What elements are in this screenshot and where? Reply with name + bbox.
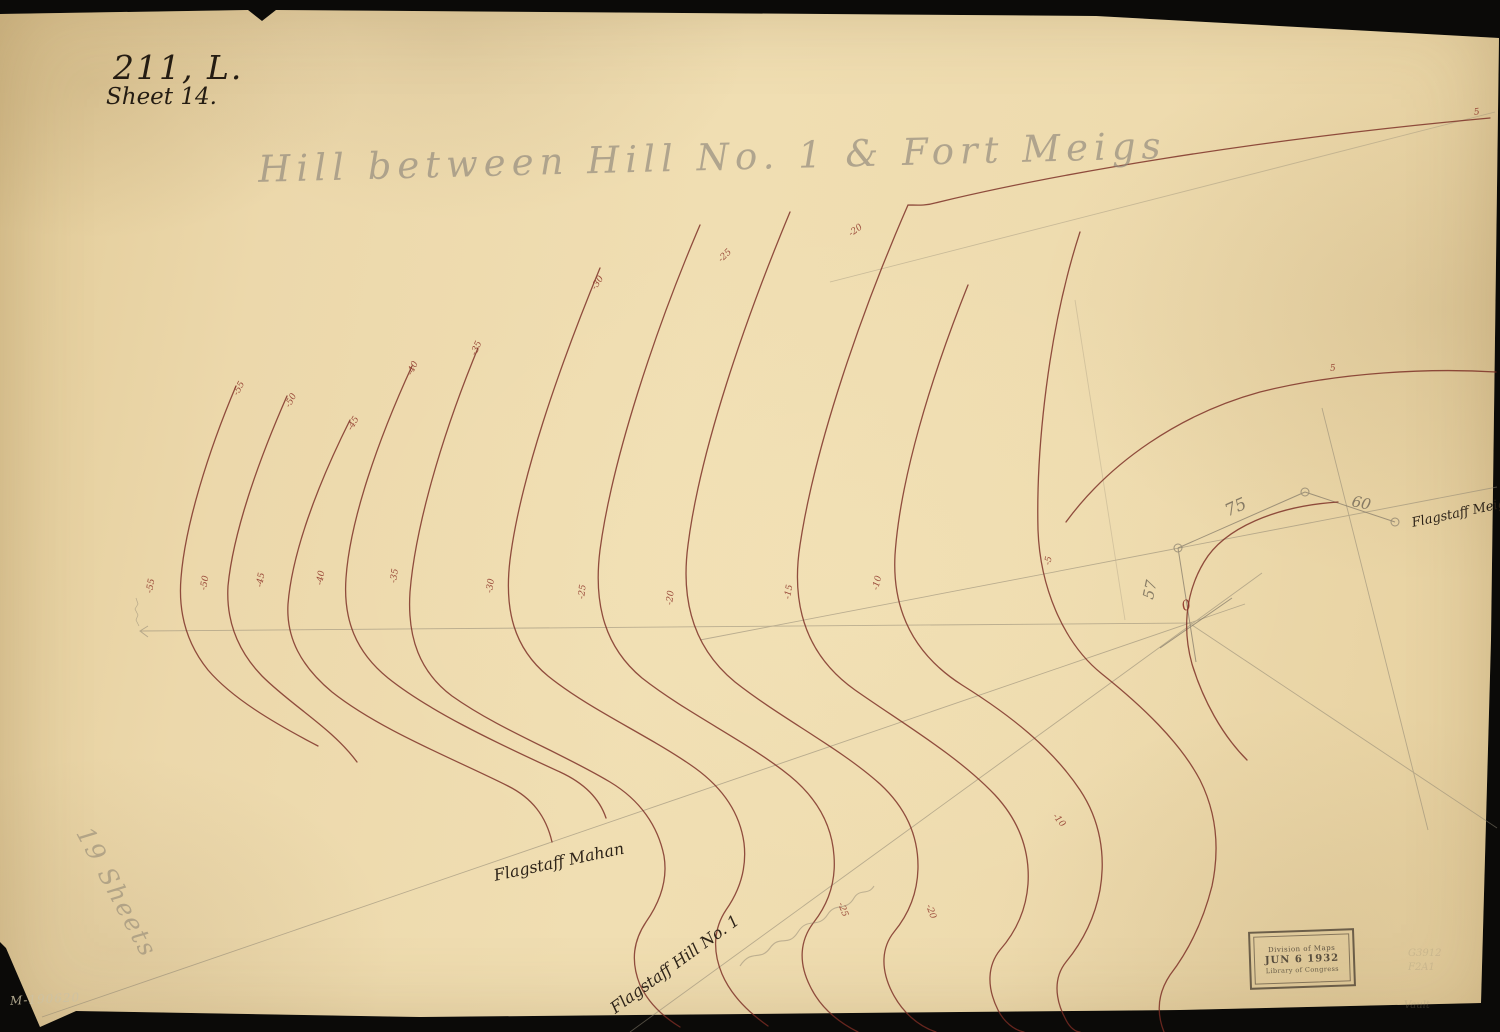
contour-elevation-label: -20: [665, 590, 677, 606]
distance-60-label: 60: [1350, 492, 1372, 514]
datum-line: [140, 623, 1192, 631]
contour-line: [228, 396, 357, 762]
scanned-map-sheet: 211, L. Sheet 14. Hill between Hill No. …: [0, 0, 1500, 1032]
contour-line: [686, 212, 936, 1032]
contour-lines: [180, 118, 1496, 1032]
contour-line: [410, 348, 680, 1027]
faint-catalog-note: F2A1: [1408, 962, 1435, 973]
faint-crease-line: [1075, 300, 1125, 620]
contour-line: [1187, 502, 1338, 760]
contour-elevation-label: 5: [1329, 363, 1336, 374]
triangulation-construction: [1160, 488, 1399, 662]
sightline-meigs: [700, 487, 1497, 640]
contour-line: [797, 118, 1490, 1032]
contour-line: [288, 420, 552, 842]
contour-line: [598, 225, 858, 1032]
contour-elevation-label: -35: [389, 568, 401, 584]
faint-catalog-note: Vault: [1404, 1000, 1430, 1011]
contour-line: [180, 386, 318, 746]
construction-line-vertical: [1322, 408, 1428, 830]
library-stamp-inner-border: Division of Maps JUN 6 1932 Library of C…: [1253, 933, 1351, 984]
sightline-hill-no1: [630, 573, 1262, 1032]
faint-catalog-note: G3912: [1408, 948, 1441, 959]
construction-line-lower: [1192, 625, 1497, 828]
library-stamp: Division of Maps JUN 6 1932 Library of C…: [1248, 928, 1356, 990]
catalog-number: 211, L.: [113, 48, 243, 87]
contour-line: [346, 366, 606, 818]
pencil-scribble: [740, 886, 874, 966]
datum-arrowhead-icon: [140, 626, 148, 637]
contour-elevation-label: -30: [485, 578, 497, 594]
stamp-library-line: Library of Congress: [1266, 964, 1339, 975]
contour-line: [1038, 232, 1216, 1032]
contour-line: [895, 285, 1102, 1032]
contour-elevation-label: -25: [577, 584, 589, 600]
contour-elevation-label: -5: [1043, 555, 1055, 566]
contour-elevation-label: 5: [1473, 107, 1480, 118]
datum-end-note-scribble: [135, 598, 139, 626]
sheet-number: Sheet 14.: [106, 84, 217, 110]
